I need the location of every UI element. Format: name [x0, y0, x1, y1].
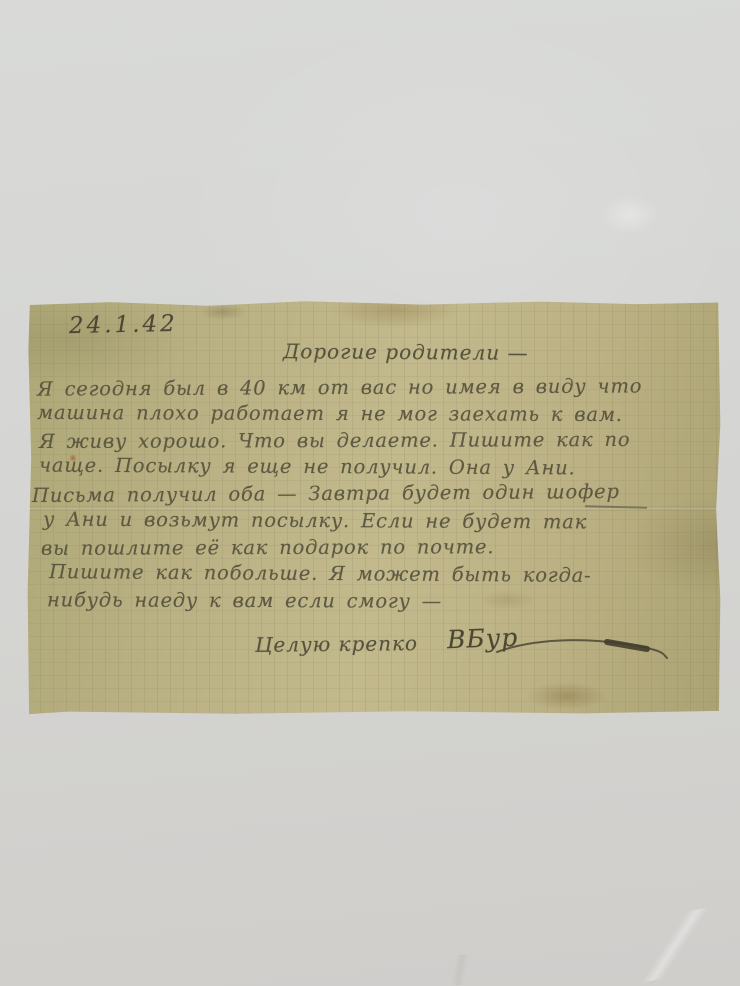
letter-body-line: чаще. Посылку я еще не получил. Она у Ан…	[39, 454, 576, 480]
background-crease	[605, 902, 740, 986]
fold-crease-vertical	[693, 300, 695, 715]
letter-body-line: Я живу хорошо. Что вы делаете. Пишите ка…	[39, 428, 630, 453]
letter-paper: 24.1.42 Дорогие родители — Я сегодня был…	[27, 300, 721, 715]
letter-body-line: вы пошлите её как подарок по почте.	[41, 535, 494, 560]
letter-closing: Целую крепко	[255, 631, 418, 657]
letter-body-line: у Ани и возьмут посылку. Если не будет т…	[43, 508, 587, 534]
letter-date: 24.1.42	[69, 311, 178, 339]
letter-body-line: нибудь наеду к вам если смогу —	[47, 588, 442, 612]
background-light-spot	[600, 195, 660, 235]
letter-body-line: Пишите как побольше. Я может быть когда-	[49, 560, 592, 587]
letter-body-line: машина плохо работает я не мог заехать к…	[37, 401, 623, 426]
signature-flourish	[495, 626, 670, 668]
photograph: 24.1.42 Дорогие родители — Я сегодня был…	[0, 0, 740, 986]
background-crease	[380, 955, 540, 985]
letter-body-line: Письма получил оба — Завтра будет один ш…	[32, 480, 620, 507]
letter-body-line: Я сегодня был в 40 км от вас но имея в в…	[37, 374, 642, 400]
letter-salutation: Дорогие родители —	[283, 339, 529, 365]
